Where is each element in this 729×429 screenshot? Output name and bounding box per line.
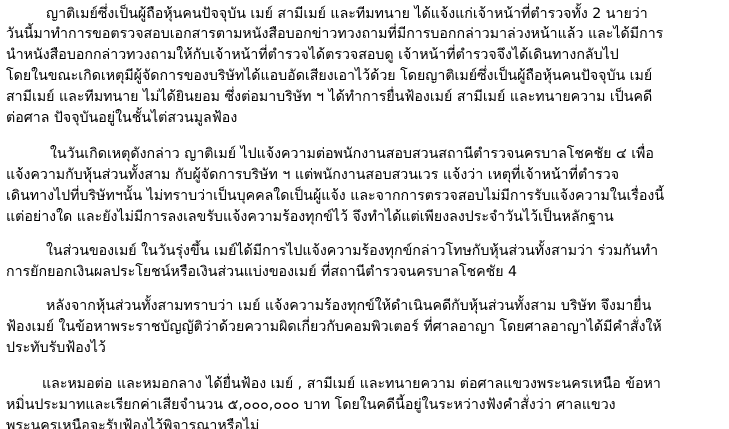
paragraph-2-line-4: แต่อย่างใด และยังไม่มีการลงเลขรับแจ้งควา… (6, 207, 614, 227)
paragraph-1-line-5: สามีเมย์ และทีมทนาย ไม่ได้ยินยอม ซึ่งต่อ… (6, 87, 652, 107)
paragraph-2-line-3: เดินทางไปที่บริษัทฯนั้น ไม่ทราบว่าเป็นบุ… (6, 186, 664, 206)
paragraph-3-line-2: การยักยอกเงินผลประโยชน์หรือเงินส่วนแบ่งข… (6, 262, 517, 282)
paragraph-2-line-1: ในวันเกิดเหตุดังกล่าว ญาติเมย์ ไปแจ้งควา… (50, 144, 654, 164)
paragraph-4-line-2: ฟ้องเมย์ ในข้อหาพระราชบัญญัติว่าด้วยความ… (6, 317, 662, 337)
paragraph-1-line-2: วันนี้มาทำการขอตรวจสอบเอกสารตามหนังสือบอ… (6, 24, 663, 44)
paragraph-4-line-1: หลังจากหุ้นส่วนทั้งสามทราบว่า เมย์ แจ้งค… (46, 296, 651, 316)
document-body: ญาติเมย์ซึ่งเป็นผู้ถือหุ้นคนปัจจุบัน เมย… (0, 0, 729, 429)
paragraph-2-line-2: แจ้งความกับหุ้นส่วนทั้งสาม กับผู้จัดการบ… (6, 165, 619, 185)
paragraph-4-line-3: ประทับรับฟ้องไว้ (6, 338, 106, 358)
paragraph-1-line-6: ต่อศาล ปัจจุบันอยู่ในชั้นไต่สวนมูลฟ้อง (6, 108, 237, 128)
paragraph-5-line-1: และหมอต่อ และหมอกลาง ได้ยื่นฟ้อง เมย์ , … (42, 374, 661, 394)
paragraph-1-line-4: โดยในขณะเกิดเหตุมีผู้จัดการของบริษัทได้แ… (6, 66, 652, 86)
paragraph-5-line-3: พระนครเหนือจะรับฟ้องไว้พิจารณาหรือไม่ (6, 416, 259, 429)
paragraph-3-line-1: ในส่วนของเมย์ ในวันรุ่งขึ้น เมย์ได้มีการ… (46, 241, 658, 261)
paragraph-1-line-3: นำหนังสือบอกกล่าวทวงถามให้กับเจ้าหน้าที่… (6, 45, 619, 65)
paragraph-5-line-2: หมิ่นประมาทและเรียกค่าเสียจำนวน ๕,๐๐๐,๐๐… (6, 395, 616, 415)
paragraph-1-line-1: ญาติเมย์ซึ่งเป็นผู้ถือหุ้นคนปัจจุบัน เมย… (46, 4, 648, 24)
